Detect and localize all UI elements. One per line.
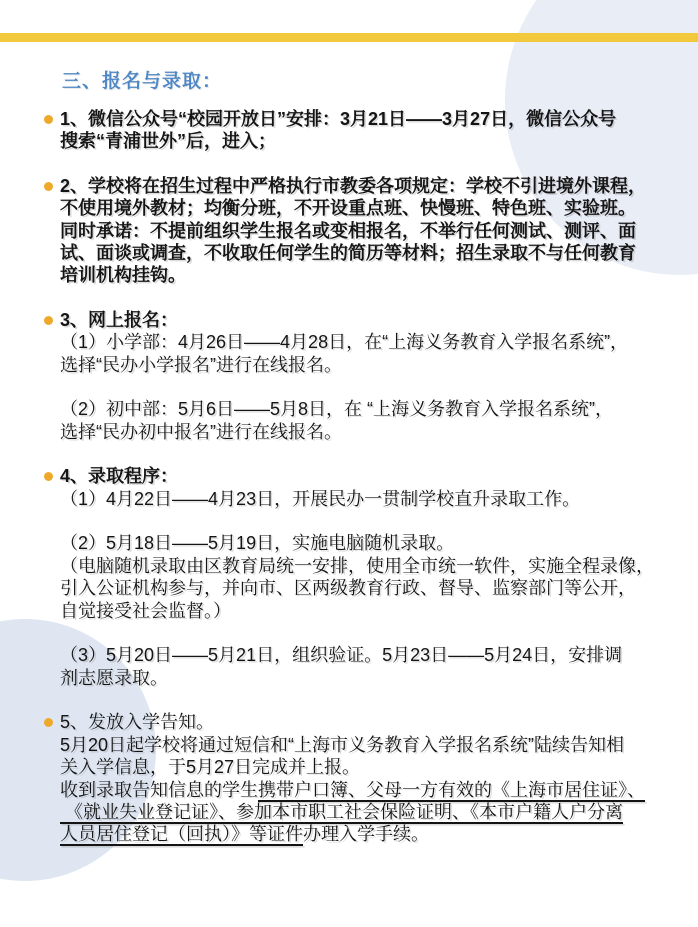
text-line: 自觉接受社会监督。）: [60, 600, 692, 622]
text-segment: 4、录取程序：: [60, 466, 178, 486]
list-item-4: 4、录取程序：（1）4月22日——4月23日，开展民办一贯制学校直升录取工作。（…: [44, 465, 692, 689]
text-line: 2、学校将在招生过程中严格执行市教委各项规定：学校不引进境外课程，: [60, 175, 692, 197]
text-segment: 搜索“青浦世外”后，进入；: [60, 131, 276, 151]
text-line: （电脑随机录取由区教育局统一安排，使用全市统一软件，实施全程录像，: [60, 555, 692, 577]
blank-line: [60, 510, 692, 532]
text-line: （2）5月18日——5月19日，实施电脑随机录取。: [60, 532, 692, 554]
text-segment: （2）初中部：5月6日——5月8日，在 “上海义务教育入学报名系统”，: [60, 399, 613, 419]
text-segment: 培训机构挂钩。: [60, 265, 186, 285]
text-line: 3、网上报名：: [60, 309, 692, 331]
text-line: 4、录取程序：: [60, 465, 692, 487]
bullet-icon: [44, 316, 53, 325]
underlined-text: 《就业失业登记证》、参加本市职工社会保险证明、《本市户籍人户分离: [60, 802, 623, 822]
text-line: 试、面谈或调查，不收取任何学生的简历等材料；招生录取不与任何教育: [60, 242, 692, 264]
text-segment: 选择“民办初中报名”进行在线报名。: [60, 422, 342, 442]
text-segment: （2）5月18日——5月19日，实施电脑随机录取。: [60, 533, 454, 553]
text-line: （3）5月20日——5月21日，组织验证。5月23日——5月24日，安排调: [60, 644, 692, 666]
text-segment: 关入学信息，于5月27日完成并上报。: [60, 757, 360, 777]
text-line: 人员居住登记（回执）》等证件办理入学手续。: [60, 823, 692, 845]
text-segment: 选择“民办小学报名”进行在线报名。: [60, 355, 342, 375]
text-line: 引入公证机构参与，并向市、区两级教育行政、督导、监察部门等公开，: [60, 577, 692, 599]
text-segment: （1）小学部：4月26日——4月28日，在“上海义务教育入学报名系统”，: [60, 332, 628, 352]
text-segment: 办理入学手续。: [303, 824, 429, 844]
text-segment: 3、网上报名：: [60, 310, 178, 330]
text-segment: （3）5月20日——5月21日，组织验证。5月23日——5月24日，安排调: [60, 645, 622, 665]
text-line: 搜索“青浦世外”后，进入；: [60, 130, 692, 152]
text-line: 1、微信公众号“校园开放日”安排：3月21日——3月27日，微信公众号: [60, 108, 692, 130]
text-segment: 剂志愿录取。: [60, 668, 168, 688]
underlined-text: 人员居住登记（回执）》等证件: [60, 824, 303, 844]
text-line: 《就业失业登记证》、参加本市职工社会保险证明、《本市户籍人户分离: [60, 801, 692, 823]
text-segment: 1、微信公众号“校园开放日”安排：3月21日——3月27日，微信公众号: [60, 109, 616, 129]
text-segment: 收到录取告知信息的学生: [60, 780, 258, 800]
list-item-2: 2、学校将在招生过程中严格执行市教委各项规定：学校不引进境外课程，不使用境外教材…: [44, 175, 692, 287]
text-line: 培训机构挂钩。: [60, 264, 692, 286]
text-line: （2）初中部：5月6日——5月8日，在 “上海义务教育入学报名系统”，: [60, 398, 692, 420]
list-item-1: 1、微信公众号“校园开放日”安排：3月21日——3月27日，微信公众号搜索“青浦…: [44, 108, 692, 153]
list-item-5: 5、发放入学告知。5月20日起学校将通过短信和“上海市义务教育入学报名系统”陆续…: [44, 711, 692, 845]
top-accent-bar: [0, 33, 698, 42]
text-line: 不使用境外教材；均衡分班，不开设重点班、快慢班、特色班、实验班。: [60, 197, 692, 219]
bullet-icon: [44, 718, 53, 727]
text-line: 选择“民办初中报名”进行在线报名。: [60, 421, 692, 443]
text-segment: 自觉接受社会监督。）: [60, 601, 231, 621]
content-area: 1、微信公众号“校园开放日”安排：3月21日——3月27日，微信公众号搜索“青浦…: [44, 108, 692, 868]
text-line: （1）4月22日——4月23日，开展民办一贯制学校直升录取工作。: [60, 488, 692, 510]
text-segment: 2、学校将在招生过程中严格执行市教委各项规定：学校不引进境外课程，: [60, 176, 646, 196]
text-line: 5月20日起学校将通过短信和“上海市义务教育入学报名系统”陆续告知相: [60, 734, 692, 756]
text-line: 5、发放入学告知。: [60, 711, 692, 733]
text-line: 关入学信息，于5月27日完成并上报。: [60, 756, 692, 778]
text-segment: 5月20日起学校将通过短信和“上海市义务教育入学报名系统”陆续告知相: [60, 735, 624, 755]
text-segment: （电脑随机录取由区教育局统一安排，使用全市统一软件，实施全程录像，: [60, 556, 654, 576]
underlined-text: 携带户口簿、父母一方有效的《上海市居住证》、: [258, 780, 645, 800]
text-line: 剂志愿录取。: [60, 667, 692, 689]
text-line: 收到录取告知信息的学生携带户口簿、父母一方有效的《上海市居住证》、: [60, 779, 692, 801]
list-item-3: 3、网上报名：（1）小学部：4月26日——4月28日，在“上海义务教育入学报名系…: [44, 309, 692, 443]
bullet-icon: [44, 182, 53, 191]
text-line: （1）小学部：4月26日——4月28日，在“上海义务教育入学报名系统”，: [60, 331, 692, 353]
page-title: 三、报名与录取：: [62, 66, 222, 93]
text-segment: 5、发放入学告知。: [60, 712, 214, 732]
text-segment: 不使用境外教材；均衡分班，不开设重点班、快慢班、特色班、实验班。: [60, 198, 636, 218]
text-segment: （1）4月22日——4月23日，开展民办一贯制学校直升录取工作。: [60, 489, 580, 509]
text-line: 选择“民办小学报名”进行在线报名。: [60, 354, 692, 376]
text-line: 同时承诺：不提前组织学生报名或变相报名，不举行任何测试、测评、面: [60, 220, 692, 242]
bullet-icon: [44, 115, 53, 124]
text-segment: 引入公证机构参与，并向市、区两级教育行政、督导、监察部门等公开，: [60, 578, 636, 598]
blank-line: [60, 622, 692, 644]
text-segment: 同时承诺：不提前组织学生报名或变相报名，不举行任何测试、测评、面: [60, 221, 636, 241]
bullet-icon: [44, 472, 53, 481]
text-segment: 试、面谈或调查，不收取任何学生的简历等材料；招生录取不与任何教育: [60, 243, 636, 263]
blank-line: [60, 376, 692, 398]
